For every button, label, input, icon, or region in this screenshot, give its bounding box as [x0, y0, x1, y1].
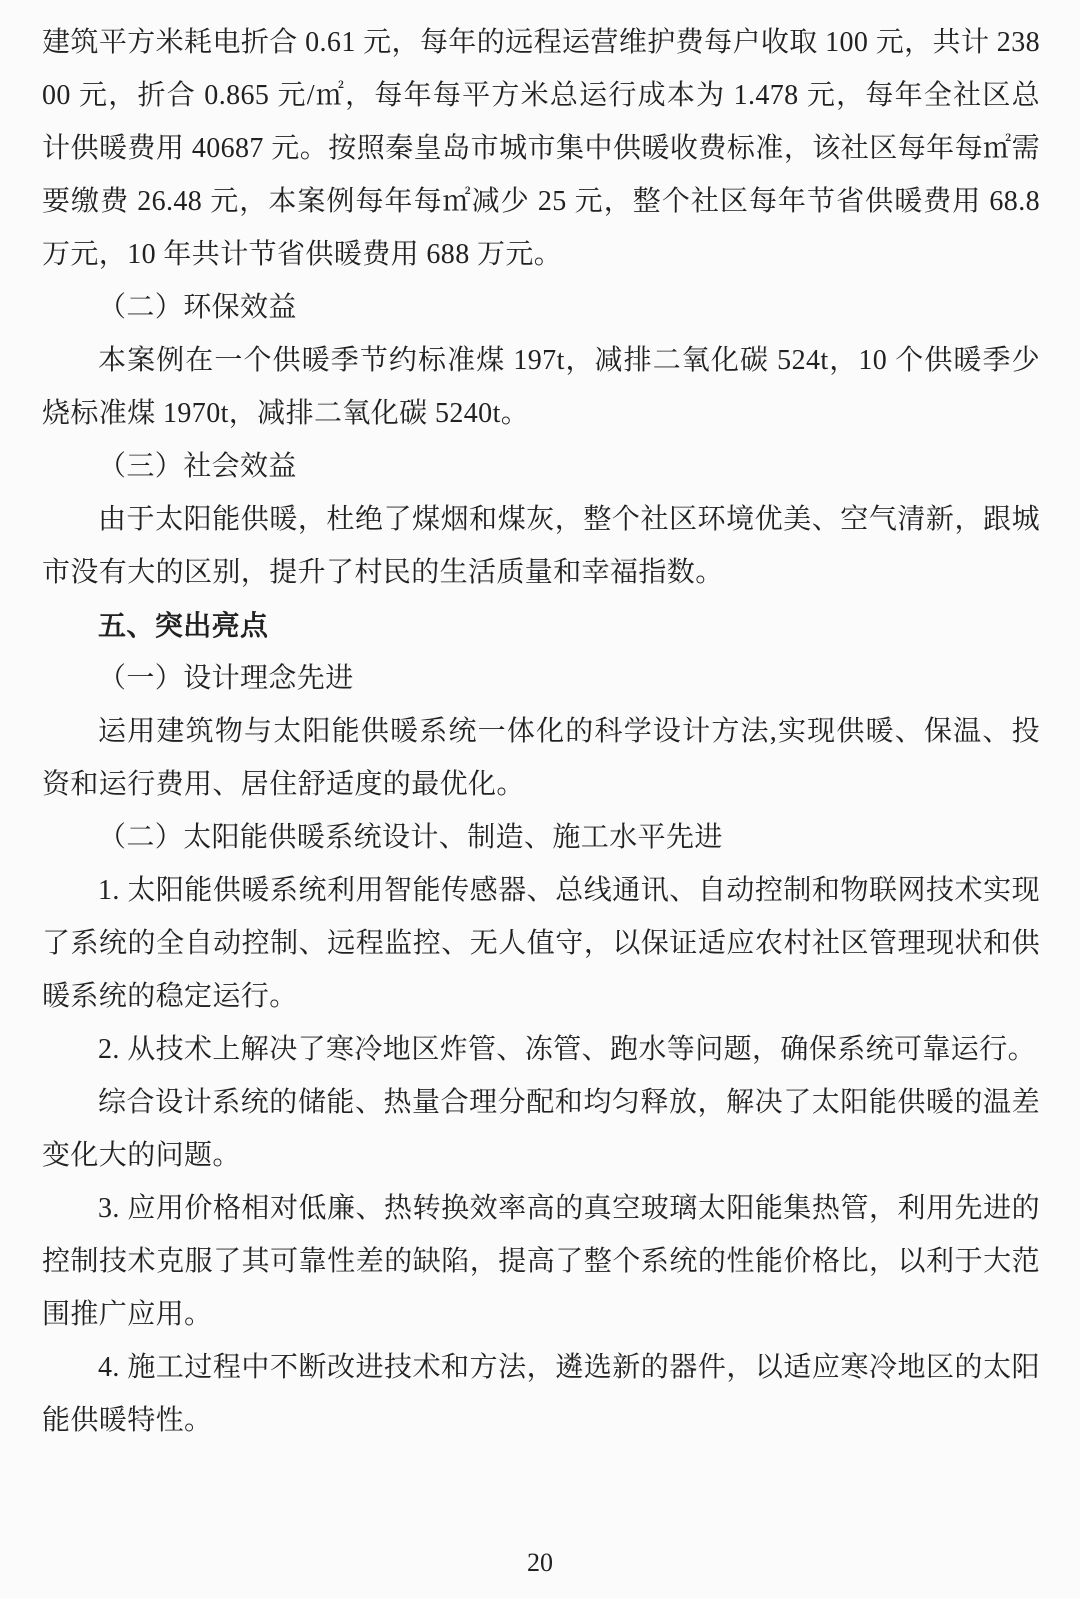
- numbered-item-1: 1. 太阳能供暖系统利用智能传感器、总线通讯、自动控制和物联网技术实现了系统的全…: [42, 864, 1040, 1023]
- paragraph-energy-storage: 综合设计系统的储能、热量合理分配和均匀释放，解决了太阳能供暖的温差变化大的问题。: [42, 1076, 1040, 1182]
- paragraph-environmental-benefit: 本案例在一个供暖季节约标准煤 197t，减排二氧化碳 524t，10 个供暖季少…: [42, 334, 1040, 440]
- paragraph-economic-benefit-continued: 建筑平方米耗电折合 0.61 元，每年的远程运营维护费每户收取 100 元，共计…: [42, 16, 1040, 281]
- document-body: 建筑平方米耗电折合 0.61 元，每年的远程运营维护费每户收取 100 元，共计…: [42, 16, 1040, 1447]
- section-heading-highlights: 五、突出亮点: [42, 599, 1040, 652]
- document-page: 建筑平方米耗电折合 0.61 元，每年的远程运营维护费每户收取 100 元，共计…: [0, 0, 1080, 1598]
- numbered-item-4: 4. 施工过程中不断改进技术和方法，遴选新的器件，以适应寒冷地区的太阳能供暖特性…: [42, 1341, 1040, 1447]
- page-number: 20: [0, 1550, 1080, 1576]
- paragraph-design-concept: 运用建筑物与太阳能供暖系统一体化的科学设计方法,实现供暖、保温、投资和运行费用、…: [42, 705, 1040, 811]
- numbered-item-3: 3. 应用价格相对低廉、热转换效率高的真空玻璃太阳能集热管，利用先进的控制技术克…: [42, 1182, 1040, 1341]
- subheading-system-level: （二）太阳能供暖系统设计、制造、施工水平先进: [42, 811, 1040, 864]
- subheading-social-benefit: （三）社会效益: [42, 440, 1040, 493]
- subheading-design-concept: （一）设计理念先进: [42, 652, 1040, 705]
- subheading-environmental-benefit: （二）环保效益: [42, 281, 1040, 334]
- paragraph-social-benefit: 由于太阳能供暖，杜绝了煤烟和煤灰，整个社区环境优美、空气清新，跟城市没有大的区别…: [42, 493, 1040, 599]
- numbered-item-2: 2. 从技术上解决了寒冷地区炸管、冻管、跑水等问题，确保系统可靠运行。: [42, 1023, 1040, 1076]
